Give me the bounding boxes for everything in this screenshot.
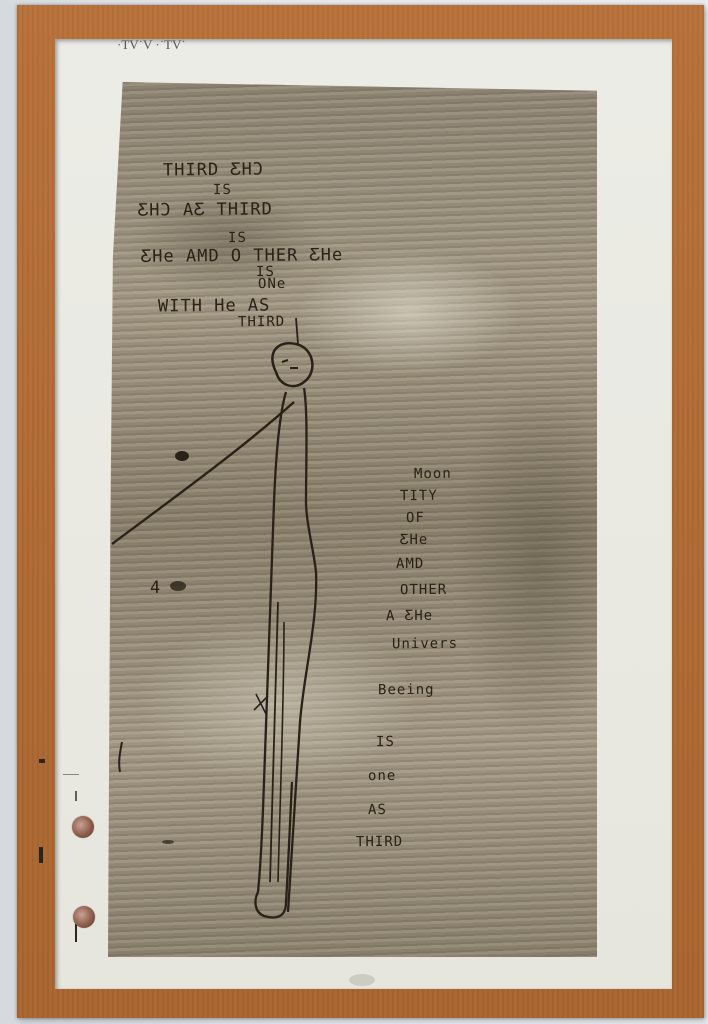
mat-pencil-note-top: ·TV˙V ·˙TV˙ xyxy=(117,37,186,53)
pushpin-lower xyxy=(73,906,95,928)
etching-print: THIRD ƸHƆ IS ƸHƆ AƸ THIRD IS ƸHe AMD O T… xyxy=(108,82,597,957)
handwritten-line: Univers xyxy=(392,636,458,653)
handwritten-line: AS xyxy=(368,802,387,818)
handwritten-line: THIRD xyxy=(238,314,285,330)
handwritten-line: IS xyxy=(213,182,232,198)
handwritten-line: ƸHe AMD O THER ƸHe xyxy=(141,245,343,267)
handwritten-line: Beeing xyxy=(378,682,435,698)
handwritten-line: IS xyxy=(376,734,395,750)
handwritten-line: ONe xyxy=(258,276,286,292)
handwritten-line: IS xyxy=(228,230,247,246)
mat-smudge xyxy=(349,974,375,986)
handwritten-line: Moon xyxy=(414,466,452,482)
mat-scribble xyxy=(63,774,79,775)
handwritten-line: THIRD xyxy=(356,834,403,850)
figure-number-label: 4 xyxy=(150,578,161,598)
mat-scribble xyxy=(39,847,43,863)
handwritten-line: AMD xyxy=(396,556,424,572)
mat-scribble xyxy=(39,759,45,763)
pushpin-upper xyxy=(72,816,94,838)
handwritten-line: OF xyxy=(406,510,425,526)
handwritten-line: A ƸHe xyxy=(386,608,433,624)
handwritten-line: OTHER xyxy=(400,582,447,598)
handwritten-line: TITY xyxy=(400,488,438,504)
handwritten-line: one xyxy=(368,768,396,784)
handwritten-line: ƸHe xyxy=(400,532,428,548)
mat-scribble xyxy=(75,924,77,942)
mat-scribble xyxy=(75,791,77,801)
handwritten-line: THIRD ƸHƆ xyxy=(163,160,264,181)
handwritten-line: ƸHƆ AƸ THIRD xyxy=(138,199,273,220)
